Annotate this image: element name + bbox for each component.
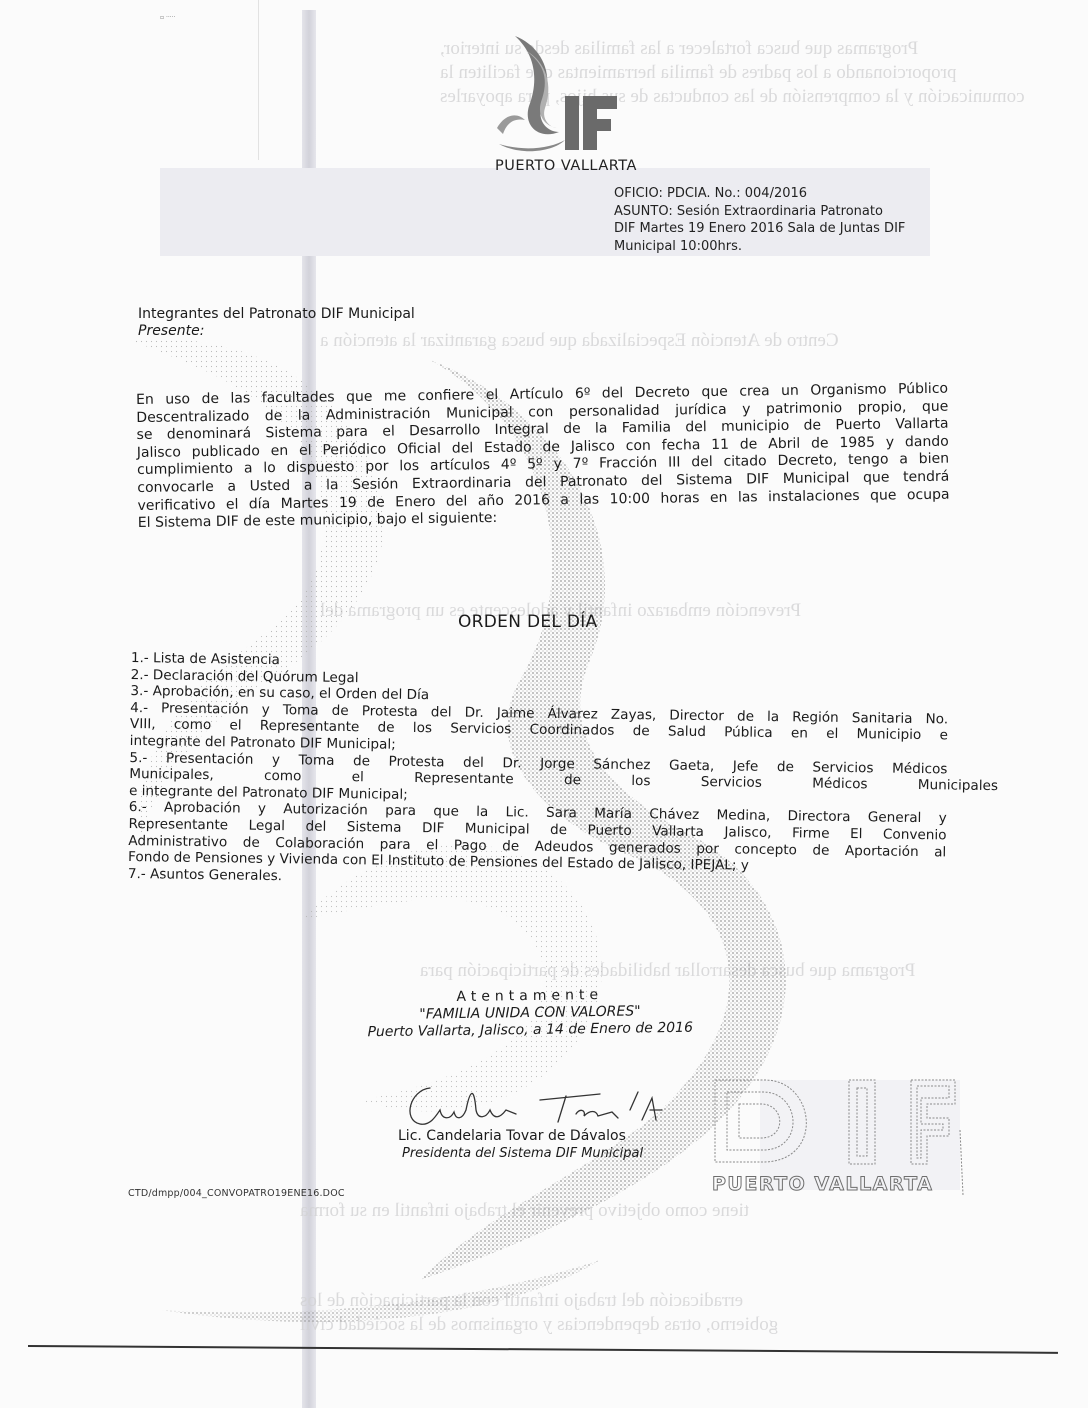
oficio-label: OFICIO: [614, 186, 663, 201]
addressee-presente: Presente: [138, 323, 415, 340]
addressee-block: Integrantes del Patronato DIF Municipal … [138, 306, 415, 340]
signer-name: Lic. Candelaria Tovar de Dávalos [398, 1128, 643, 1145]
body-paragraph: En uso de las facultades que me confiere… [136, 381, 950, 533]
asunto-line-3: Municipal 10:00hrs. [614, 238, 905, 256]
document-reference: CTD/dmpp/004_CONVOPATRO19ENE16.DOC [128, 1188, 345, 1199]
addressee-name: Integrantes del Patronato DIF Municipal [138, 306, 415, 323]
asunto-line-1: Sesión Extraordinaria Patronato [677, 204, 883, 219]
agenda-list: 1.- Lista de Asistencia 2.- Declaración … [128, 650, 949, 894]
agenda-title: ORDEN DEL DÍA [458, 612, 598, 632]
scan-line [258, 0, 259, 160]
dif-logo-icon [495, 28, 625, 158]
scan-mark: ▫ ····· [160, 14, 176, 21]
footer-city-name: PUERTO VALLARTA [712, 1173, 933, 1195]
handwritten-signature-icon [390, 1080, 710, 1130]
asunto-label: ASUNTO: [614, 204, 673, 219]
reference-block: OFICIO: PDCIA. No.: 004/2016 ASUNTO: Ses… [614, 185, 905, 255]
logo-city-name: PUERTO VALLARTA [495, 158, 637, 174]
signer-role: Presidenta del Sistema DIF Municipal [398, 1145, 643, 1162]
closing-block: Atentamente "FAMILIA UNIDA CON VALORES" … [330, 985, 731, 1042]
asunto-line-2: DIF Martes 19 Enero 2016 Sala de Juntas … [614, 220, 905, 238]
oficio-number: PDCIA. No.: 004/2016 [667, 186, 807, 201]
signer-block: Lic. Candelaria Tovar de Dávalos Preside… [398, 1128, 643, 1162]
